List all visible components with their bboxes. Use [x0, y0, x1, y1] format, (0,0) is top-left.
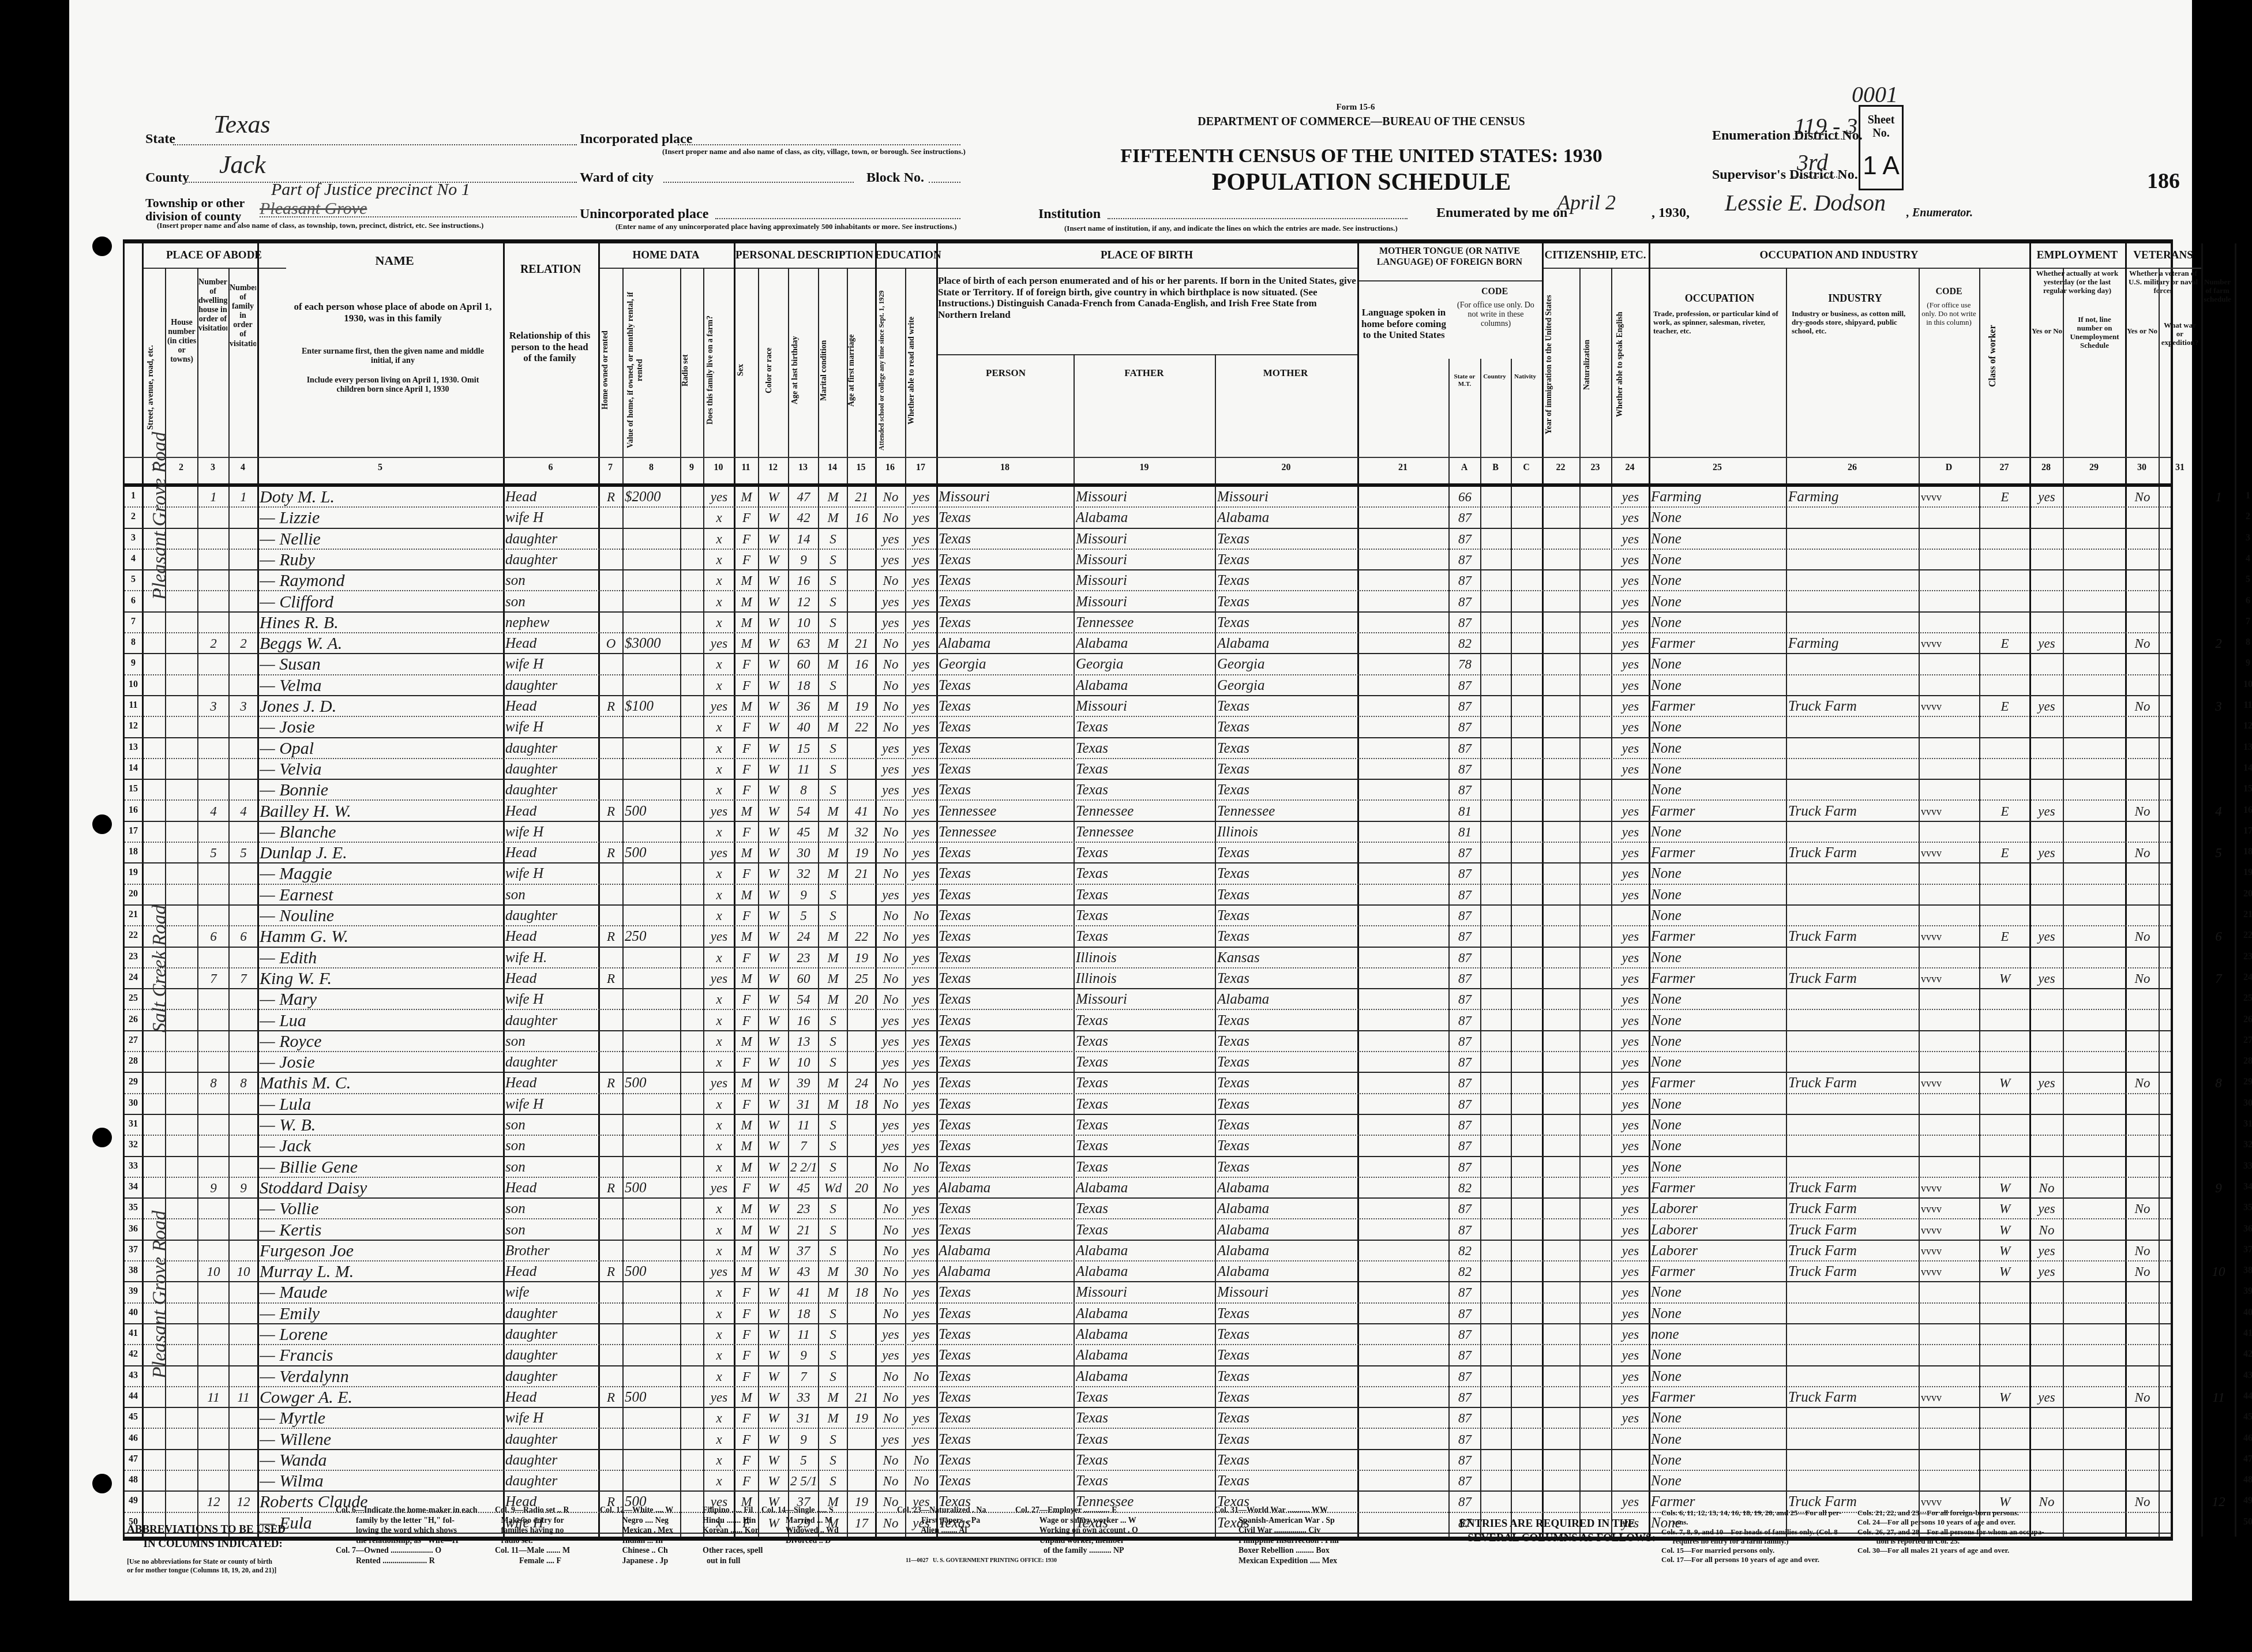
cell-age-marr: 19: [849, 1490, 874, 1511]
cell-age: 30: [790, 842, 817, 862]
cell-owned: [600, 1240, 621, 1260]
cell-marital: S: [820, 1428, 846, 1449]
population-table: PLACE OF ABODE NAME RELATION HOME DATA P…: [123, 239, 2173, 1541]
cell-owned: [600, 653, 621, 674]
cell-dwelling: [200, 1240, 227, 1260]
cell-farm: x: [705, 716, 733, 737]
cell-age: 23: [790, 947, 817, 967]
cell-dwelling: 9: [200, 1177, 227, 1197]
cell-read: yes: [907, 1009, 935, 1030]
cell-age: 18: [790, 1302, 817, 1323]
table-row: 3737Furgeson JoeBrotherxMW37SNoyesAlabam…: [125, 1240, 2171, 1261]
cell-pob-mother: Texas: [1217, 884, 1356, 904]
cell-age: 42: [790, 506, 817, 527]
cell-veteran: No: [2127, 695, 2157, 716]
line-number: 20: [2235, 884, 2252, 904]
cell-age: 36: [790, 695, 817, 716]
cell-sex: M: [736, 1197, 757, 1218]
cell-marital: M: [820, 1260, 846, 1281]
cell-occupation: Farmer: [1651, 1260, 1785, 1281]
cell-race: W: [760, 737, 787, 758]
cell-at-work: yes: [2032, 1386, 2062, 1407]
cell-family: [231, 1030, 256, 1051]
line-number: 37: [125, 1240, 142, 1260]
line-number: 21: [125, 904, 142, 925]
cell-pob: Texas: [939, 569, 1072, 590]
cell-race: W: [760, 1030, 787, 1051]
cell-code-a: 87: [1451, 1114, 1479, 1135]
line-number: 43: [125, 1365, 142, 1386]
cell-value: 500: [625, 1177, 679, 1197]
line-number: 18: [125, 842, 142, 862]
cell-code-d: vvvv: [1921, 1240, 1978, 1260]
cell-occupation: None: [1651, 1051, 1785, 1072]
line-number: 39: [2235, 1281, 2252, 1302]
cell-industry: Truck Farm: [1788, 1386, 1917, 1407]
cell-at-work: [2032, 674, 2062, 695]
cell-war: [2161, 1490, 2200, 1511]
township-struck-value: Pleasant Grove: [260, 199, 367, 219]
cell-pob: Texas: [939, 674, 1072, 695]
cell-race: W: [760, 653, 787, 674]
cell-code-a: 87: [1451, 1407, 1479, 1428]
cell-code-d: [1921, 528, 1978, 549]
cell-code-d: [1921, 611, 1978, 632]
cell-war: [2161, 1072, 2200, 1092]
cell-race: W: [760, 486, 787, 506]
cell-pob-father: Texas: [1076, 1051, 1214, 1072]
cell-farm: yes: [705, 695, 733, 716]
cell-farm-sched: [2204, 758, 2234, 779]
cell-race: W: [760, 842, 787, 862]
cell-class: E: [1981, 695, 2028, 716]
cell-english: yes: [1613, 758, 1647, 779]
cell-class: [1981, 737, 2028, 758]
cell-farm: yes: [705, 1386, 733, 1407]
cell-radio: [682, 758, 702, 779]
cell-code-a: 78: [1451, 653, 1479, 674]
cell-dwelling: [200, 1197, 227, 1218]
cell-sex: M: [736, 1072, 757, 1092]
cell-occupation: Farmer: [1651, 967, 1785, 988]
cell-class: [1981, 1030, 2028, 1051]
cell-dwelling: [200, 1219, 227, 1240]
cell-radio: [682, 842, 702, 862]
cell-english: yes: [1613, 653, 1647, 674]
cell-dwelling: 1: [200, 486, 227, 506]
cell-industry: Truck Farm: [1788, 800, 1917, 821]
cell-family: [231, 1302, 256, 1323]
cell-code-a: 87: [1451, 1030, 1479, 1051]
cell-read: No: [907, 1156, 935, 1177]
township-note: (Insert proper name and also name of cla…: [157, 221, 483, 230]
cell-occupation: None: [1651, 549, 1785, 569]
cell-radio: [682, 904, 702, 925]
line-number: 23: [125, 947, 142, 967]
cell-name: Dunlap J. E.: [260, 842, 502, 862]
cell-age-marr: 20: [849, 1177, 874, 1197]
cell-radio: [682, 1219, 702, 1240]
cell-read: yes: [907, 967, 935, 988]
cell-dwelling: [200, 528, 227, 549]
cell-farm-sched: 2: [2204, 632, 2234, 653]
cell-race: W: [760, 821, 787, 842]
cell-farm-sched: [2204, 862, 2234, 883]
cell-code-d: [1921, 1302, 1978, 1323]
cell-radio: [682, 1051, 702, 1072]
cell-farm-sched: [2204, 1219, 2234, 1240]
column-number: 15: [847, 463, 875, 473]
cell-farm: yes: [705, 800, 733, 821]
cell-code-d: [1921, 1281, 1978, 1302]
cell-age: 10: [790, 611, 817, 632]
cell-radio: [682, 1177, 702, 1197]
cell-code-a: 87: [1451, 988, 1479, 1009]
column-number: 23: [1579, 463, 1611, 473]
ward-field-line: [663, 182, 854, 183]
cell-class: [1981, 821, 2028, 842]
table-row: 3636— KertissonxMW21SNoyesTexasTexasAlab…: [125, 1219, 2171, 1241]
column-number: 22: [1542, 463, 1579, 473]
cell-marital: M: [820, 1407, 846, 1428]
cell-industry: [1788, 1093, 1917, 1114]
cell-race: W: [760, 1156, 787, 1177]
cell-school: yes: [877, 758, 904, 779]
cell-radio: [682, 1449, 702, 1470]
cell-code-a: 87: [1451, 716, 1479, 737]
cell-relation: Head: [505, 695, 597, 716]
line-number: 4: [125, 549, 142, 569]
cell-pob-mother: Texas: [1217, 1009, 1356, 1030]
cell-pob-father: Texas: [1076, 716, 1214, 737]
line-number: 4: [2235, 549, 2252, 569]
cell-marital: M: [820, 716, 846, 737]
table-row: 4848— WilmadaughterxFW2 5/12SNoNoTexasTe…: [125, 1470, 2171, 1492]
cell-pob-mother: Texas: [1217, 1302, 1356, 1323]
cell-read: yes: [907, 1051, 935, 1072]
cell-name: — Opal: [260, 737, 502, 758]
cell-marital: M: [820, 947, 846, 967]
cell-age-marr: [849, 1030, 874, 1051]
cell-age-marr: [849, 758, 874, 779]
cell-veteran: [2127, 1323, 2157, 1344]
cell-english: yes: [1613, 1240, 1647, 1260]
cell-radio: [682, 1386, 702, 1407]
cell-pob-father: Missouri: [1076, 549, 1214, 569]
legend-col14: Col. 14—Single ..... S Married ... M Wid…: [761, 1505, 839, 1546]
cell-pob-mother: Texas: [1217, 1428, 1356, 1449]
cell-pob-mother: Alabama: [1217, 506, 1356, 527]
cell-pob-father: Texas: [1076, 1470, 1214, 1490]
cell-age-marr: 16: [849, 506, 874, 527]
cell-read: yes: [907, 1240, 935, 1260]
line-number: 3: [125, 528, 142, 549]
cell-value: 500: [625, 1072, 679, 1092]
cell-war: [2161, 967, 2200, 988]
table-row: 3333— Billie GenesonxMW2 2/12SNoNoTexasT…: [125, 1156, 2171, 1178]
line-number: 13: [2235, 737, 2252, 758]
cell-sex: M: [736, 1260, 757, 1281]
cell-relation: Head: [505, 842, 597, 862]
cell-radio: [682, 1281, 702, 1302]
sheet-number-box: Sheet No. 1 A: [1859, 105, 1904, 190]
cell-code-d: [1921, 1156, 1978, 1177]
cell-family: [231, 862, 256, 883]
cell-veteran: [2127, 569, 2157, 590]
column-number: 11: [734, 463, 758, 473]
cell-code-a: 87: [1451, 1093, 1479, 1114]
cell-code-a: 87: [1451, 1344, 1479, 1365]
cell-relation: daughter: [505, 1302, 597, 1323]
cell-veteran: [2127, 1177, 2157, 1197]
cell-farm: x: [705, 653, 733, 674]
cell-marital: S: [820, 1197, 846, 1218]
cell-pob-father: Texas: [1076, 1386, 1214, 1407]
enumerator-name: Lessie E. Dodson: [1725, 189, 1886, 216]
cell-relation: Brother: [505, 1240, 597, 1260]
cell-farm-sched: [2204, 947, 2234, 967]
cell-pob-mother: Texas: [1217, 925, 1356, 946]
cell-at-work: [2032, 1093, 2062, 1114]
line-number: 48: [125, 1470, 142, 1490]
cell-farm: x: [705, 1428, 733, 1449]
cell-farm: x: [705, 1197, 733, 1218]
cell-sex: F: [736, 1428, 757, 1449]
cell-sex: F: [736, 1365, 757, 1386]
code-header: CODE: [1451, 287, 1538, 297]
cell-pob: Texas: [939, 1281, 1072, 1302]
cell-veteran: [2127, 653, 2157, 674]
cell-owned: [600, 1470, 621, 1490]
cell-industry: Truck Farm: [1788, 1240, 1917, 1260]
cell-english: [1613, 904, 1647, 925]
cell-class: [1981, 549, 2028, 569]
cell-relation: Head: [505, 967, 597, 988]
cell-dwelling: [200, 1281, 227, 1302]
col-race-header: Color or race: [765, 284, 776, 457]
cell-pob: Tennessee: [939, 800, 1072, 821]
cell-sex: F: [736, 779, 757, 799]
cell-class: [1981, 988, 2028, 1009]
cell-age-marr: [849, 1344, 874, 1365]
col-read-write-header: Whether able to read and write: [907, 284, 934, 457]
cell-relation: wife: [505, 1281, 597, 1302]
cell-dwelling: [200, 1135, 227, 1155]
cell-pob-father: Alabama: [1076, 1177, 1214, 1197]
cell-value: 500: [625, 800, 679, 821]
cell-marital: S: [820, 884, 846, 904]
cell-farm-sched: [2204, 1281, 2234, 1302]
line-number: 15: [125, 779, 142, 799]
cell-farm: x: [705, 904, 733, 925]
cell-race: W: [760, 1323, 787, 1344]
cell-occupation: None: [1651, 988, 1785, 1009]
cell-name: Hamm G. W.: [260, 925, 502, 946]
cell-war: [2161, 758, 2200, 779]
state-label: State: [145, 132, 175, 147]
cell-industry: [1788, 1302, 1917, 1323]
cell-read: No: [907, 1365, 935, 1386]
cell-industry: [1788, 884, 1917, 904]
cell-pob-mother: Texas: [1217, 842, 1356, 862]
cell-age: 11: [790, 1114, 817, 1135]
cell-at-work: [2032, 1470, 2062, 1490]
cell-family: 10: [231, 1260, 256, 1281]
cell-war: [2161, 1240, 2200, 1260]
cell-name: Mathis M. C.: [260, 1072, 502, 1092]
cell-value: [625, 674, 679, 695]
cell-class: [1981, 1323, 2028, 1344]
cell-age: 45: [790, 1177, 817, 1197]
incorporated-field-line: [678, 144, 960, 145]
cell-pob: Texas: [939, 1323, 1072, 1344]
cell-pob-father: Alabama: [1076, 506, 1214, 527]
cell-farm: x: [705, 1240, 733, 1260]
cell-age-marr: 17: [849, 1512, 874, 1533]
cell-pob-father: Texas: [1076, 1219, 1214, 1240]
col-unemployment-line-header: If not, line number on Unemployment Sche…: [2066, 316, 2123, 350]
cell-name: Hines R. B.: [260, 611, 502, 632]
cell-name: — Clifford: [260, 591, 502, 611]
cell-war: [2161, 1365, 2200, 1386]
cell-name: — W. B.: [260, 1114, 502, 1135]
cell-marital: S: [820, 758, 846, 779]
cell-pob-mother: Texas: [1217, 1093, 1356, 1114]
cell-war: [2161, 569, 2200, 590]
cell-at-work: [2032, 947, 2062, 967]
cell-dwelling: [200, 506, 227, 527]
cell-farm-sched: [2204, 1156, 2234, 1177]
cell-class: [1981, 779, 2028, 799]
cell-name: — Royce: [260, 1030, 502, 1051]
cell-class: E: [1981, 925, 2028, 946]
abbreviations-note: [Use no abbreviations for State or count…: [127, 1557, 276, 1575]
cell-race: W: [760, 758, 787, 779]
cell-age-marr: 21: [849, 1386, 874, 1407]
cell-sex: M: [736, 800, 757, 821]
table-row: 66— CliffordsonxMW12SyesyesTexasMissouri…: [125, 591, 2171, 613]
section-occupation: OCCUPATION AND INDUSTRY: [1649, 243, 2029, 269]
cell-war: [2161, 1407, 2200, 1428]
cell-owned: [600, 884, 621, 904]
cell-pob: Georgia: [939, 653, 1072, 674]
cell-occupation: None: [1651, 1428, 1785, 1449]
table-row: 44— RubydaughterxFW9SyesyesTexasMissouri…: [125, 549, 2171, 570]
cell-race: W: [760, 1260, 787, 1281]
cell-race: W: [760, 967, 787, 988]
line-number: 40: [2235, 1302, 2252, 1323]
cell-marital: M: [820, 821, 846, 842]
cell-radio: [682, 674, 702, 695]
cell-read: yes: [907, 1093, 935, 1114]
cell-pob-father: Texas: [1076, 1428, 1214, 1449]
cell-dwelling: 12: [200, 1490, 227, 1511]
cell-industry: [1788, 528, 1917, 549]
cell-value: [625, 528, 679, 549]
cell-school: No: [877, 1281, 904, 1302]
cell-age-marr: [849, 884, 874, 904]
cell-sex: F: [736, 1177, 757, 1197]
cell-school: yes: [877, 1344, 904, 1365]
line-number: 44: [2235, 1386, 2252, 1407]
cell-school: No: [877, 1072, 904, 1092]
cell-radio: [682, 591, 702, 611]
cell-read: yes: [907, 1323, 935, 1344]
cell-read: yes: [907, 506, 935, 527]
cell-code-a: 87: [1451, 862, 1479, 883]
cell-code-d: [1921, 591, 1978, 611]
cell-code-d: vvvv: [1921, 1072, 1978, 1092]
state-field-line: [173, 144, 577, 145]
cell-radio: [682, 1470, 702, 1490]
line-number: 3: [2235, 528, 2252, 549]
cell-sex: F: [736, 1407, 757, 1428]
table-row: 4646— WillenedaughterxFW9SyesyesTexasTex…: [125, 1428, 2171, 1450]
cell-war: [2161, 1260, 2200, 1281]
cell-pob: Texas: [939, 1093, 1072, 1114]
unincorporated-note: (Enter name of any unincorporated place …: [615, 222, 957, 231]
cell-at-work: [2032, 1407, 2062, 1428]
cell-occupation: None: [1651, 1449, 1785, 1470]
cell-code-a: 87: [1451, 611, 1479, 632]
cell-farm-sched: [2204, 1323, 2234, 1344]
cell-pob-mother: Texas: [1217, 1365, 1356, 1386]
cell-radio: [682, 486, 702, 506]
cell-relation: son: [505, 1197, 597, 1218]
cell-race: W: [760, 569, 787, 590]
col-at-work-header: Yes or No: [2031, 327, 2063, 336]
cell-english: yes: [1613, 1051, 1647, 1072]
line-number: 35: [125, 1197, 142, 1218]
cell-school: No: [877, 967, 904, 988]
line-number: 35: [2235, 1197, 2252, 1218]
line-number: 30: [125, 1093, 142, 1114]
cell-family: [231, 821, 256, 842]
cell-family: [231, 591, 256, 611]
line-number: 22: [125, 925, 142, 946]
cell-english: yes: [1613, 737, 1647, 758]
cell-owned: [600, 1281, 621, 1302]
cell-age-marr: 22: [849, 716, 874, 737]
cell-value: 500: [625, 1260, 679, 1281]
section-personal-description: PERSONAL DESCRIPTION: [734, 243, 875, 269]
cell-english: yes: [1613, 591, 1647, 611]
cell-radio: [682, 1407, 702, 1428]
column-number: 13: [788, 463, 818, 473]
column-number: 18: [936, 463, 1074, 473]
cell-age-marr: [849, 674, 874, 695]
cell-read: yes: [907, 1344, 935, 1365]
cell-veteran: [2127, 884, 2157, 904]
cell-owned: [600, 1219, 621, 1240]
cell-value: [625, 967, 679, 988]
cell-age-marr: [849, 569, 874, 590]
cell-pob-mother: Alabama: [1217, 632, 1356, 653]
cell-owned: R: [600, 1386, 621, 1407]
cell-age-marr: 21: [849, 632, 874, 653]
cell-english: yes: [1613, 1135, 1647, 1155]
cell-farm: yes: [705, 1260, 733, 1281]
cell-pob: Texas: [939, 1072, 1072, 1092]
cell-value: [625, 611, 679, 632]
cell-class: [1981, 1344, 2028, 1365]
column-number: 28: [2029, 463, 2063, 473]
cell-code-d: [1921, 1407, 1978, 1428]
line-number: 11: [125, 695, 142, 716]
cell-occupation: None: [1651, 1030, 1785, 1051]
cell-relation: son: [505, 591, 597, 611]
column-number: 30: [2125, 463, 2159, 473]
